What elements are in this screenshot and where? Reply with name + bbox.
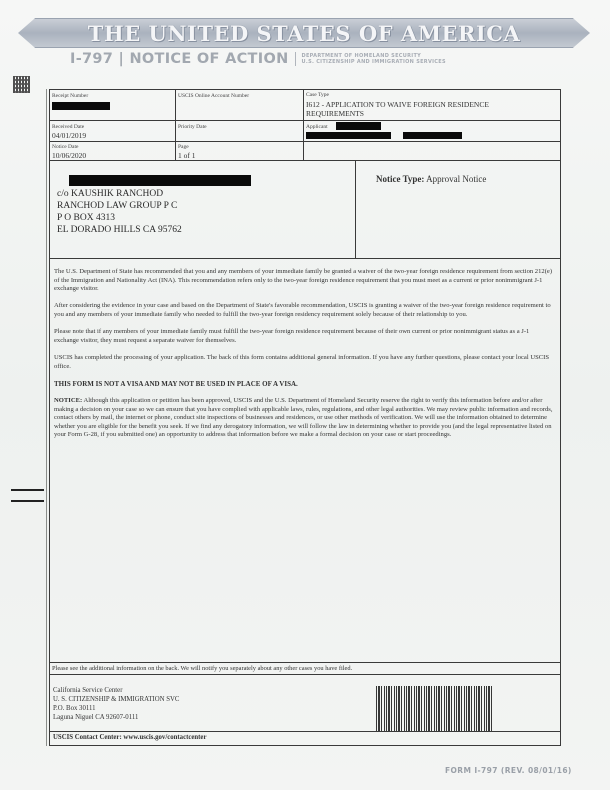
body-paragraph: After considering the evidence in your c… (54, 302, 554, 319)
footer-note: Please see the additional information on… (52, 665, 352, 672)
grid-line (49, 141, 561, 142)
page-value: 1 of 1 (178, 151, 196, 160)
grid-line (49, 674, 561, 675)
barcode-icon (376, 686, 493, 731)
i797-notice-page: THE UNITED STATES OF AMERICA I-797 | NOT… (0, 0, 610, 790)
notice-type-value: Approval Notice (426, 174, 486, 184)
grid-line (49, 160, 561, 161)
notice-date-value: 10/06/2020 (52, 151, 86, 160)
office-line1: California Service Center (53, 686, 179, 695)
notice-type: Notice Type: Approval Notice (376, 174, 486, 184)
notice-paragraph: NOTICE: Although this application or pet… (54, 397, 554, 440)
office-line4: Laguna Niguel CA 92607-0111 (53, 713, 179, 722)
fold-mark (11, 500, 44, 502)
redacted-applicant-dob (403, 132, 462, 139)
page-edge-shadow (46, 89, 47, 746)
grid-line (49, 731, 561, 732)
body-paragraph: Please note that if any members of your … (54, 328, 554, 345)
form-revision: FORM I-797 (REV. 08/01/16) (445, 766, 572, 775)
service-center-address: California Service Center U. S. CITIZENS… (53, 686, 179, 722)
body-paragraph: The U.S. Department of State has recomme… (54, 268, 554, 294)
case-type-value-line2: REQUIREMENTS (306, 109, 364, 118)
address-line1: c/o KAUSHIK RANCHOD (57, 188, 182, 200)
address-line2: RANCHOD LAW GROUP P C (57, 200, 182, 212)
header-banner: THE UNITED STATES OF AMERICA (18, 18, 590, 48)
body-paragraph: USCIS has completed the processing of yo… (54, 354, 554, 371)
grid-line (49, 662, 561, 663)
banner-title: THE UNITED STATES OF AMERICA (88, 21, 521, 46)
notice-date-label: Notice Date (52, 144, 78, 150)
received-date-label: Received Date (52, 124, 84, 130)
notice-text: Although this application or petition ha… (54, 397, 553, 438)
form-subheader: I-797 | NOTICE OF ACTION DEPARTMENT OF H… (70, 50, 446, 68)
notice-body: The U.S. Department of State has recomme… (54, 268, 554, 448)
contact-center: USCIS Contact Center: www.uscis.gov/cont… (53, 734, 206, 741)
grid-line (355, 160, 356, 258)
case-type-label: Case Type (306, 92, 329, 98)
redacted-recipient-name (69, 175, 251, 186)
form-title: I-797 | NOTICE OF ACTION (70, 51, 289, 67)
online-account-label: USCIS Online Account Number (178, 93, 249, 99)
redacted-receipt-number (52, 102, 110, 110)
notice-type-label: Notice Type: (376, 174, 424, 184)
grid-line (303, 89, 304, 160)
agency-block: DEPARTMENT OF HOMELAND SECURITY U.S. CIT… (302, 53, 446, 65)
office-line2: U. S. CITIZENSHIP & IMMIGRATION SVC (53, 695, 179, 704)
notice-label: NOTICE: (54, 397, 82, 404)
grid-line (49, 258, 561, 259)
received-date-value: 04/01/2019 (52, 131, 86, 140)
office-line3: P.O. Box 30111 (53, 704, 179, 713)
grid-line (49, 120, 561, 121)
case-type-value-line1: I612 - APPLICATION TO WAIVE FOREIGN RESI… (306, 100, 489, 109)
agency-line2: U.S. CITIZENSHIP AND IMMIGRATION SERVICE… (302, 59, 446, 65)
mailing-address: c/o KAUSHIK RANCHOD RANCHOD LAW GROUP P … (57, 188, 182, 236)
visa-warning: THIS FORM IS NOT A VISA AND MAY NOT BE U… (54, 380, 554, 389)
redacted-applicant-id (336, 122, 381, 130)
fold-mark (11, 489, 44, 491)
applicant-label: Applicant (306, 124, 328, 130)
address-line3: P O BOX 4313 (57, 212, 182, 224)
divider (295, 52, 296, 66)
redacted-applicant-name (306, 132, 391, 139)
page-label: Page (178, 144, 189, 150)
priority-date-label: Priority Date (178, 124, 207, 130)
receipt-number-label: Receipt Number (52, 93, 88, 99)
address-line4: EL DORADO HILLS CA 95762 (57, 224, 182, 236)
datamatrix-code-icon (13, 76, 30, 93)
grid-line (175, 89, 176, 160)
